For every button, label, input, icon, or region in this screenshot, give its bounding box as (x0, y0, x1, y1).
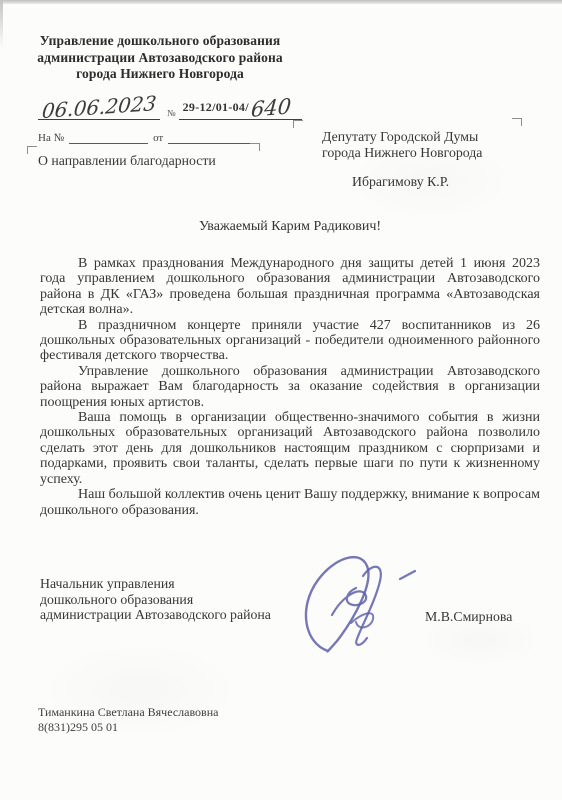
scan-edge-top (0, 0, 562, 4)
addressee-line: Депутату Городской Думы (322, 129, 482, 145)
letter-body: В рамках празднования Международного дня… (40, 256, 540, 518)
corner-mark (250, 143, 260, 151)
letterhead-line: Управление дошкольного образования (26, 33, 294, 50)
corner-mark (27, 146, 37, 154)
letterhead-line: города Нижнего Новгорода (26, 66, 294, 83)
body-paragraph: Наш большой коллектив очень ценит Вашу п… (40, 487, 540, 518)
salutation: Уважаемый Карим Радикович! (40, 219, 540, 235)
reply-na-label: На № (38, 132, 64, 144)
reply-reference-row: На № от (38, 130, 250, 144)
number-sign: № (167, 108, 176, 118)
signer-position-line: администрации Автозаводского района (40, 607, 310, 623)
reply-number-blank (69, 132, 148, 144)
corner-mark (293, 120, 303, 128)
letterhead-org-name: Управление дошкольного образования админ… (26, 33, 294, 83)
addressee-block: Депутату Городской Думы города Нижнего Н… (322, 129, 482, 190)
body-paragraph: Управление дошкольного образования админ… (40, 364, 540, 410)
date-field: 06.06.2023 (38, 96, 160, 120)
body-paragraph: Ваша помощь в организации общественно-зн… (40, 410, 540, 487)
body-paragraph: В праздничном концерте приняли участие 4… (40, 318, 540, 364)
reply-date-blank (168, 132, 250, 144)
handwritten-ref-number: 640 (250, 95, 292, 121)
body-paragraph: В рамках празднования Международного дня… (40, 256, 540, 318)
letter-subject: О направлении благодарности (38, 153, 216, 169)
ref-number-field: 29-12/01-04/640 (179, 97, 302, 120)
signer-position-line: Начальник управления (40, 576, 310, 592)
letterhead-line: администрации Автозаводского района (26, 50, 294, 67)
signature-block: Начальник управления дошкольного образов… (40, 576, 540, 646)
signer-position: Начальник управления дошкольного образов… (40, 576, 310, 623)
executor-name: Тиманкина Светлана Вячеславовна (38, 705, 218, 720)
scan-edge-left (0, 0, 3, 48)
reply-ot-label: от (153, 132, 163, 144)
ref-number-printed: 29-12/01-04/ (183, 100, 249, 114)
signer-name: М.В.Смирнова (425, 609, 512, 625)
signer-position-line: дошкольного образования (40, 592, 310, 608)
corner-mark (512, 118, 522, 126)
date-and-number-row: 06.06.2023 № 29-12/01-04/640 (38, 88, 302, 120)
handwritten-signature (296, 547, 422, 665)
executor-phone: 8(831)295 05 01 (38, 720, 218, 735)
scanned-letter-page: Управление дошкольного образования админ… (0, 0, 562, 800)
addressee-line: города Нижнего Новгорода (322, 145, 482, 161)
handwritten-date: 06.06.2023 (41, 92, 158, 122)
addressee-name: Ибрагимову К.Р. (352, 174, 482, 190)
executor-contact: Тиманкина Светлана Вячеславовна 8(831)29… (38, 705, 218, 735)
